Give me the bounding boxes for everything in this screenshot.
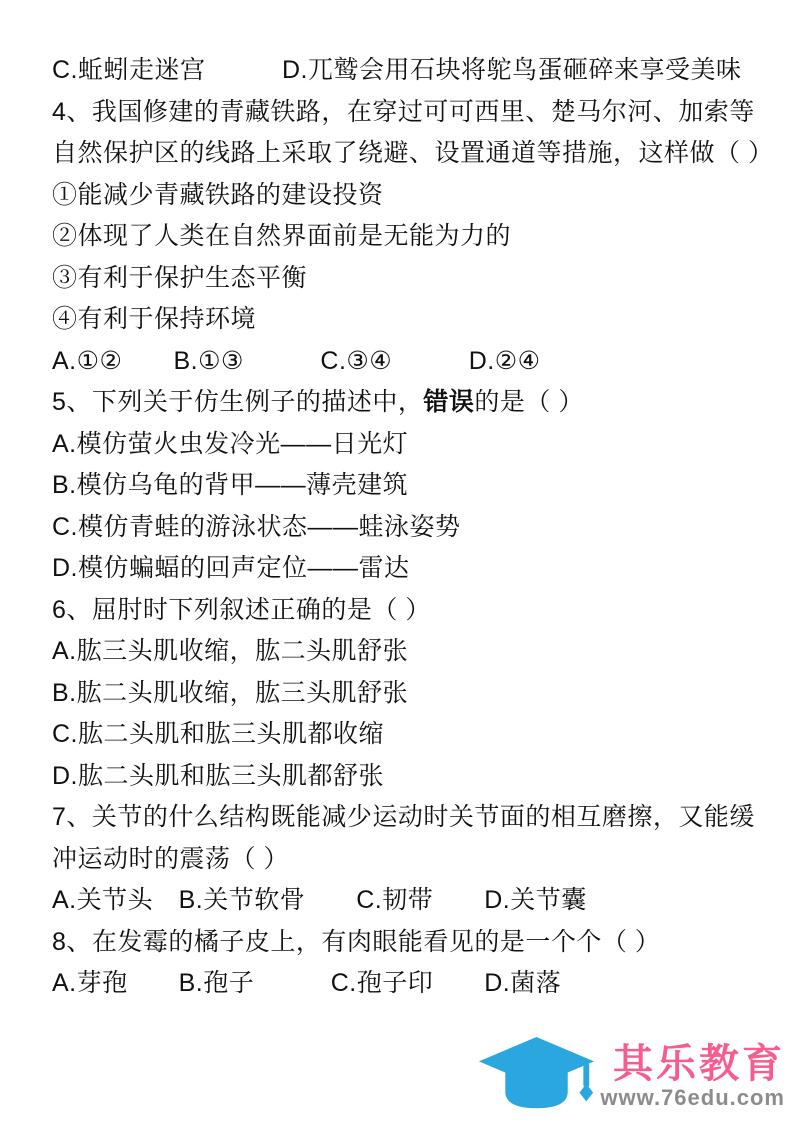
q6-option-d: D.肱二头肌和肱三头肌都舒张 [52, 756, 757, 798]
q4-item-2: ②体现了人类在自然界面前是无能为力的 [52, 216, 757, 258]
q4-text-line2: 自然保护区的线路上采取了绕避、设置通道等措施，这样做（ ） [52, 133, 757, 175]
q4-item-3: ③有利于保护生态平衡 [52, 258, 757, 300]
brand-name: 其乐教育 [613, 1043, 785, 1085]
q3-options-cd: C.蚯蚓走迷宫 D.兀鹫会用石块将鸵鸟蛋砸碎来享受美味 [52, 50, 757, 92]
q5-option-d: D.模仿蝙蝠的回声定位——雷达 [52, 548, 757, 590]
q7-text-line2: 冲运动时的震荡（ ） [52, 839, 757, 881]
q5-option-c: C.模仿青蛙的游泳状态——蛙泳姿势 [52, 507, 757, 549]
q4-item-1: ①能减少青藏铁路的建设投资 [52, 175, 757, 217]
q4-item-4: ④有利于保持环境 [52, 299, 757, 341]
q6-option-a: A.肱三头肌收缩，肱二头肌舒张 [52, 631, 757, 673]
q8-text: 8、在发霉的橘子皮上，有肉眼能看见的是一个个（ ） [52, 922, 757, 964]
q4-options: A.①② B.①③ C.③④ D.②④ [52, 341, 757, 383]
q5-option-a: A.模仿萤火虫发冷光——日光灯 [52, 424, 757, 466]
graduation-cap-icon [476, 1035, 598, 1117]
q8-options: A.芽孢 B.孢子 C.孢子印 D.菌落 [52, 963, 757, 1005]
exam-page: C.蚯蚓走迷宫 D.兀鹫会用石块将鸵鸟蛋砸碎来享受美味4、我国修建的青藏铁路，在… [0, 0, 793, 1122]
exam-questions-body: C.蚯蚓走迷宫 D.兀鹫会用石块将鸵鸟蛋砸碎来享受美味4、我国修建的青藏铁路，在… [0, 0, 793, 1005]
q6-text: 6、屈肘时下列叙述正确的是（ ） [52, 590, 757, 632]
brand-url: www.76edu.com [600, 1085, 785, 1110]
q5-option-b: B.模仿乌龟的背甲——薄壳建筑 [52, 465, 757, 507]
q5-text: 5、下列关于仿生例子的描述中，错误的是（ ） [52, 382, 757, 424]
q7-options: A.关节头 B.关节软骨 C.韧带 D.关节囊 [52, 880, 757, 922]
q4-text-line1: 4、我国修建的青藏铁路，在穿过可可西里、楚马尔河、加索等 [52, 92, 757, 134]
site-logo: 其乐教育 www.76edu.com [476, 1035, 789, 1117]
q7-text-line1: 7、关节的什么结构既能减少运动时关节面的相互磨擦，又能缓 [52, 797, 757, 839]
q6-option-c: C.肱二头肌和肱三头肌都收缩 [52, 714, 757, 756]
q6-option-b: B.肱二头肌收缩，肱三头肌舒张 [52, 673, 757, 715]
logo-text-block: 其乐教育 www.76edu.com [600, 1043, 789, 1110]
